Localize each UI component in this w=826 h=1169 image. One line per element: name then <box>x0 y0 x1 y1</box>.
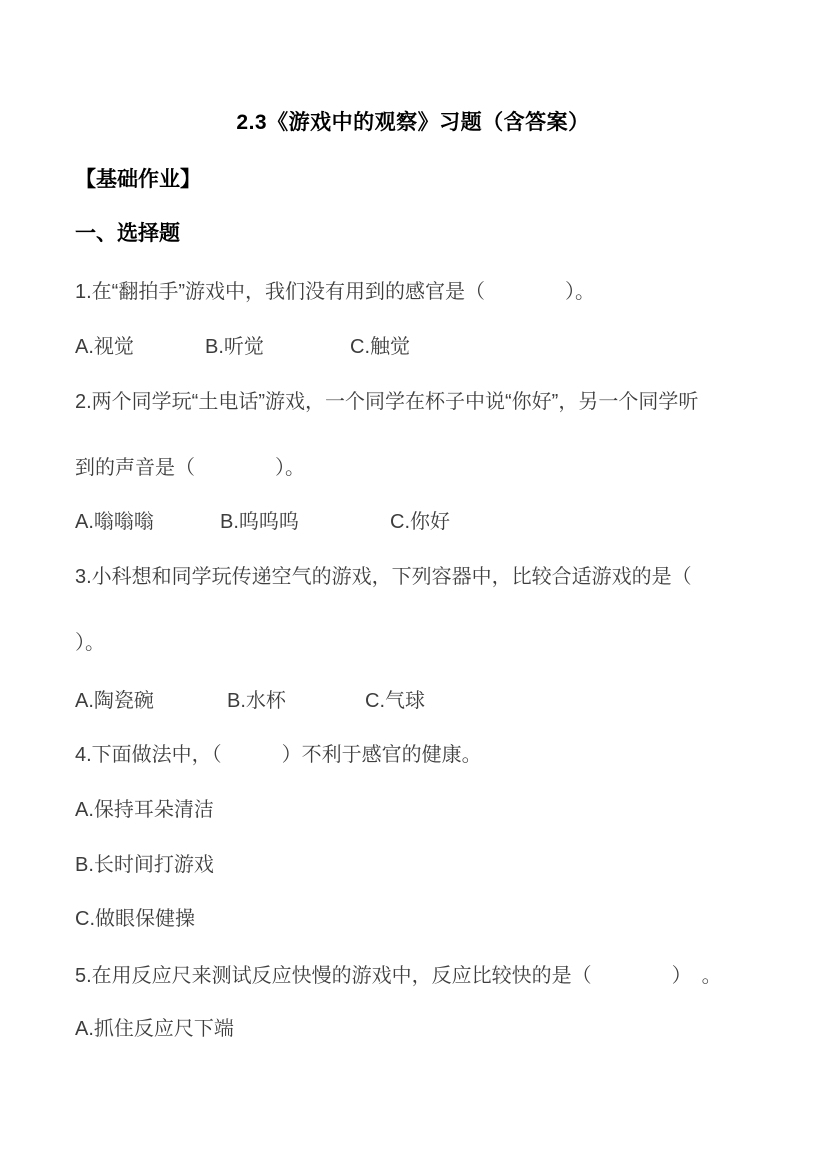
question-1-option-b: B.听觉 <box>205 334 264 360</box>
question-4-option-c: C.做眼保健操 <box>75 906 751 932</box>
worksheet-page: 2.3《游戏中的观察》习题（含答案） 【基础作业】 一、选择题 1.在“翻拍手”… <box>0 0 826 1169</box>
question-2-option-a: A.嗡嗡嗡 <box>75 509 154 535</box>
question-3-option-c: C.气球 <box>365 688 425 714</box>
question-4-option-b: B.长时间打游戏 <box>75 852 751 878</box>
question-2-option-b: B.呜呜呜 <box>220 509 299 535</box>
question-5-option-a: A.抓住反应尺下端 <box>75 1016 751 1042</box>
question-2-text-line2: 到的声音是（ ）。 <box>75 455 751 481</box>
question-2-option-c: C.你好 <box>390 509 450 535</box>
question-3-text-line2: ）。 <box>75 630 751 656</box>
question-1-option-c: C.触觉 <box>350 334 410 360</box>
question-4-option-a: A.保持耳朵清洁 <box>75 797 751 823</box>
question-1-text: 1.在“翻拍手”游戏中，我们没有用到的感官是（ ）。 <box>75 279 751 305</box>
question-4-text: 4.下面做法中，（ ）不利于感官的健康。 <box>75 742 751 768</box>
question-3-option-a: A.陶瓷碗 <box>75 688 154 714</box>
question-5-text: 5.在用反应尺来测试反应快慢的游戏中，反应比较快的是（ ） 。 <box>75 963 751 989</box>
doc-title: 2.3《游戏中的观察》习题（含答案） <box>75 110 751 136</box>
section-header-basic-homework: 【基础作业】 <box>75 167 751 193</box>
part-header-choice-questions: 一、选择题 <box>75 221 751 247</box>
question-3-option-b: B.水杯 <box>227 688 286 714</box>
question-1-option-a: A.视觉 <box>75 334 134 360</box>
question-3-text-line1: 3.小科想和同学玩传递空气的游戏，下列容器中，比较合适游戏的是（ <box>75 564 751 590</box>
question-2-text-line1: 2.两个同学玩“土电话”游戏，一个同学在杯子中说“你好”，另一个同学听 <box>75 389 751 415</box>
